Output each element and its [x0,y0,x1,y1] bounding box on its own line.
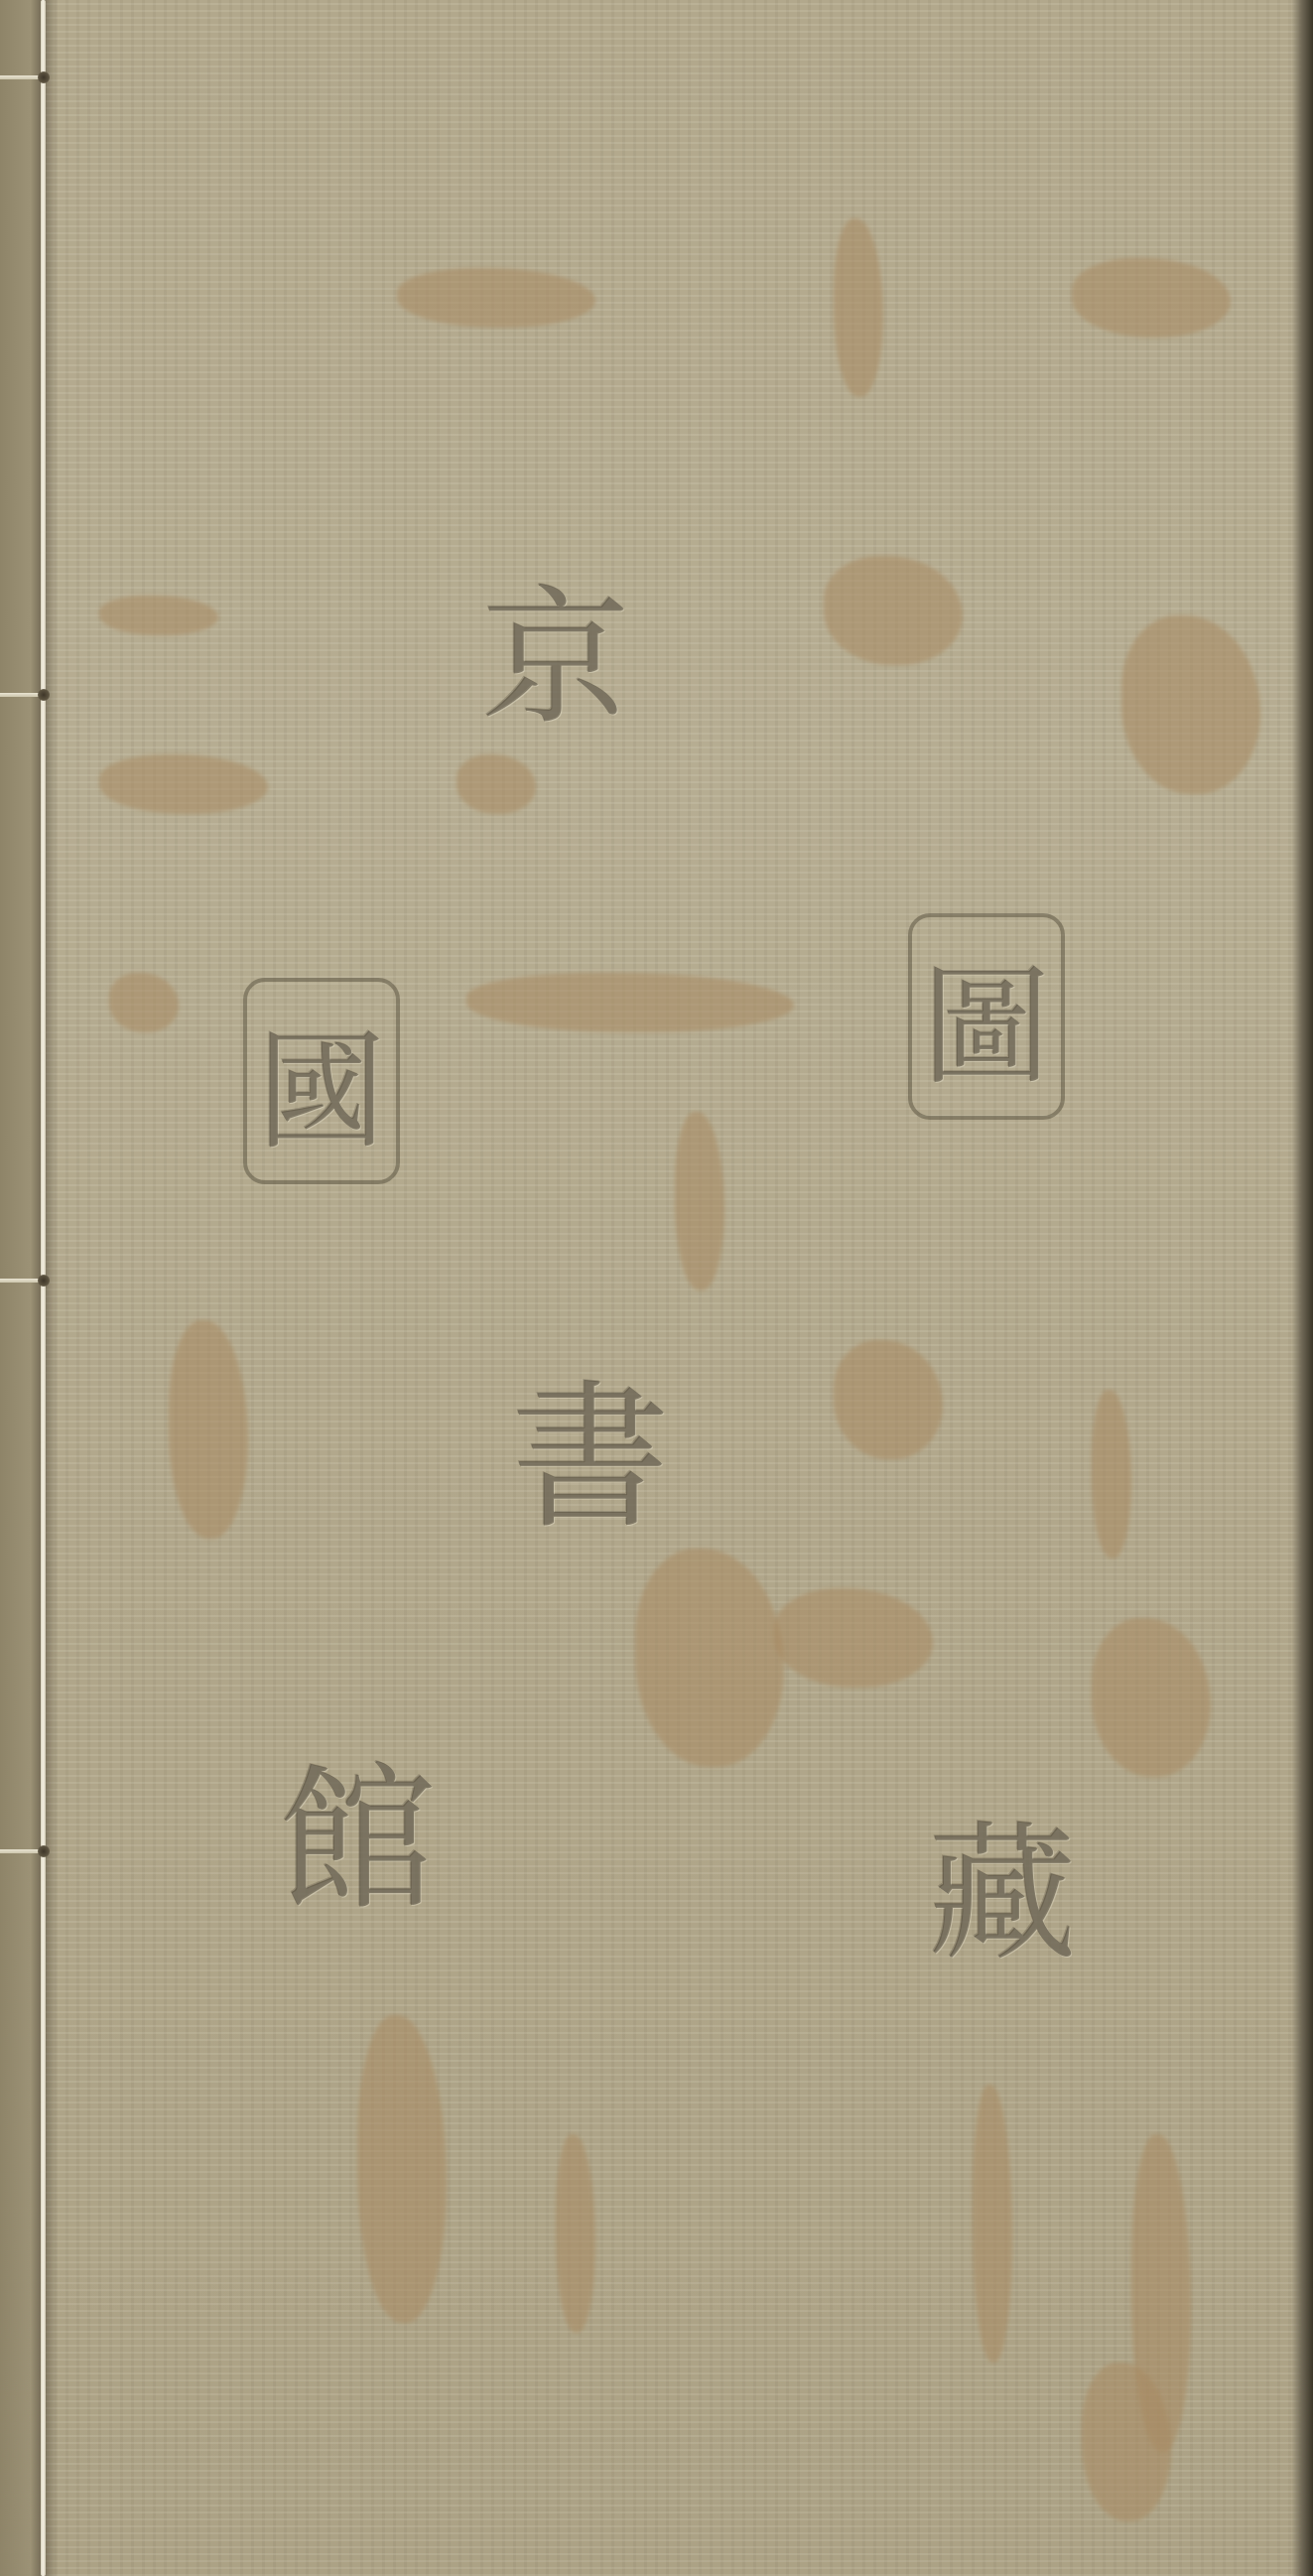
stamp-character: 館 [268,1727,447,1926]
stain [109,973,179,1032]
binding-thread [41,0,46,2576]
stain [774,1588,933,1688]
book-cover: 京國圖書館藏 [0,0,1313,2576]
stamp-character: 京 [476,556,635,735]
stain [1092,1618,1211,1777]
stain [357,2015,447,2323]
stain [169,1320,248,1539]
stamp-character: 書 [501,1345,680,1544]
stain [466,973,794,1032]
book-spine [0,0,44,2576]
stamp-character: 藏 [913,1787,1092,1975]
spine-shadow [44,0,58,2576]
stain [635,1549,784,1767]
stitch-hole [38,689,50,701]
stain [834,1340,943,1459]
stamp-character: 國 [243,978,400,1184]
stain [834,218,883,397]
stain [397,268,595,328]
stamp-character: 圖 [908,913,1065,1120]
stain [675,1112,724,1290]
stain [99,754,268,814]
cover-edge [1291,0,1313,2576]
stain [457,754,536,814]
stain [1131,2134,1191,2452]
stain [556,2134,595,2333]
stitch-hole [38,1275,50,1287]
stitch-hole [38,1845,50,1857]
stain [824,556,963,665]
stain [973,2085,1012,2363]
stain [1092,1390,1131,1559]
stain [1121,615,1260,794]
stitch-hole [38,71,50,83]
stain [1072,258,1231,338]
stain [99,596,218,635]
